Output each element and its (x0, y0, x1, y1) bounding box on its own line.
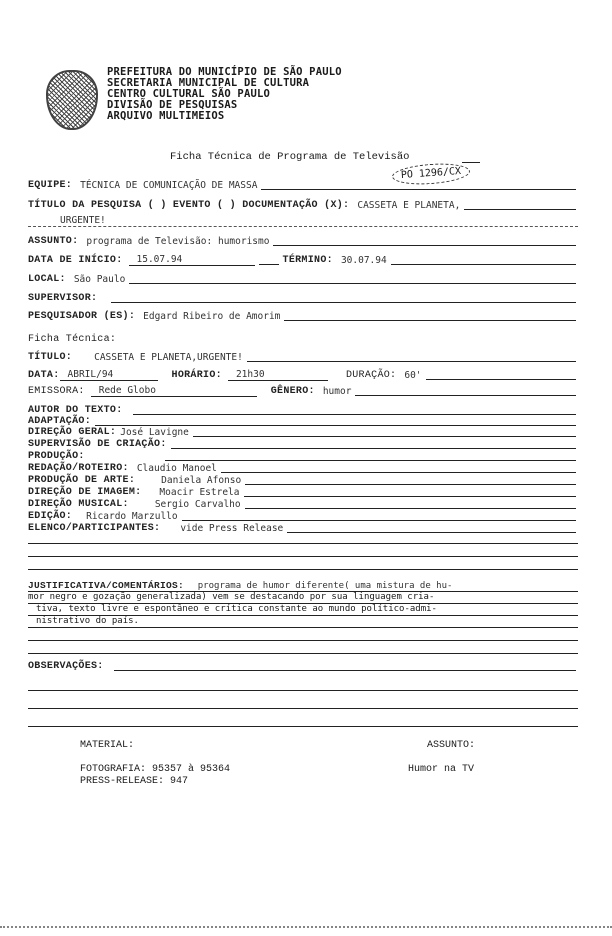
assunto-value: Humor na TV (408, 764, 474, 775)
blank-line (28, 569, 578, 570)
field-value: 21h30 (228, 369, 328, 381)
field-value: programa de humor diferente( uma mistura… (190, 581, 453, 591)
field-pesquisador: PESQUISADOR (ES): Edgard Ribeiro de Amor… (28, 308, 576, 322)
blank-line (28, 653, 578, 654)
field-value: humor (315, 386, 352, 397)
field-label: SUPERVISOR: (28, 293, 97, 304)
ficha-heading-row: Ficha Técnica: (28, 331, 576, 345)
section-heading: Ficha Técnica: (28, 334, 116, 345)
field-line (129, 282, 576, 284)
material-label: MATERIAL: (80, 740, 134, 751)
field-titulo-pesquisa-cont: URGENTE! (60, 212, 576, 226)
field-label: ELENCO/PARTICIPANTES: (28, 523, 160, 534)
institution-header: PREFEITURA DO MUNICÍPIO DE SÃO PAULO SEC… (107, 67, 342, 122)
fotografia-range: FOTOGRAFIA: 95357 à 95364 (80, 764, 230, 775)
justificativa-line: nistrativo do país. (28, 616, 578, 628)
field-line (391, 263, 576, 265)
field-value: URGENTE! (60, 215, 106, 226)
press-release-number: PRESS-RELEASE: 947 (80, 776, 188, 787)
justificativa-line: tiva, texto livre e espontâneo e crítica… (28, 604, 578, 616)
field-value: 15.07.94 (129, 254, 255, 266)
field-value: São Paulo (66, 274, 125, 285)
field-line (259, 263, 279, 265)
field-label: DATA DE INÍCIO: (28, 255, 123, 266)
assunto-label: ASSUNTO: (427, 740, 475, 751)
field-assunto: ASSUNTO: programa de Televisão: humorism… (28, 233, 576, 247)
field-label: PESQUISADOR (ES): (28, 311, 135, 322)
form-title: Ficha Técnica de Programa de Televisão (170, 151, 409, 163)
field-value: CASSETA E PLANETA,URGENTE! (72, 352, 243, 363)
field-line (426, 378, 576, 380)
field-line (273, 244, 576, 246)
blank-line (28, 543, 578, 544)
field-label: EQUIPE: (28, 180, 72, 191)
field-titulo: TÍTULO: CASSETA E PLANETA,URGENTE! (28, 349, 576, 363)
field-label: TÍTULO DA PESQUISA ( ) EVENTO ( ) DOCUME… (28, 200, 349, 211)
field-value: programa de Televisão: humorismo (78, 236, 269, 247)
field-emissora-genero: EMISSORA: Rede Globo GÊNERO: humor (28, 383, 576, 397)
field-observacoes: OBSERVAÇÕES: (28, 658, 576, 672)
field-equipe: EQUIPE: TÉCNICA DE COMUNICAÇÃO DE MASSA (28, 177, 576, 191)
justificativa-block: JUSTIFICATIVA/COMENTÁRIOS: programa de h… (28, 580, 578, 628)
field-value: Rede Globo (91, 385, 257, 397)
scan-edge-noise (0, 926, 612, 930)
field-line (111, 301, 576, 303)
blank-line (28, 556, 578, 557)
field-titulo-pesquisa: TÍTULO DA PESQUISA ( ) EVENTO ( ) DOCUME… (28, 197, 576, 211)
blank-line (28, 640, 578, 641)
field-value: CASSETA E PLANETA, (349, 200, 460, 211)
title-underline (462, 162, 480, 163)
field-data-horario-duracao: DATA: ABRIL/94 HORÁRIO: 21h30 DURAÇÃO: 6… (28, 367, 576, 381)
field-label: DATA: (28, 370, 60, 381)
field-supervisor: SUPERVISOR: (28, 290, 576, 304)
field-value: 60' (396, 370, 421, 381)
header-line: ARQUIVO MULTIMEIOS (107, 111, 342, 122)
field-label: TÍTULO: (28, 352, 72, 363)
justificativa-line: JUSTIFICATIVA/COMENTÁRIOS: programa de h… (28, 580, 578, 592)
field-label: JUSTIFICATIVA/COMENTÁRIOS: (28, 580, 184, 591)
field-datas: DATA DE INÍCIO: 15.07.94 TÉRMINO: 30.07.… (28, 252, 576, 266)
field-line (464, 208, 576, 210)
field-value: TÉCNICA DE COMUNICAÇÃO DE MASSA (72, 180, 257, 191)
field-value: Edgard Ribeiro de Amorim (135, 311, 280, 322)
blank-line (28, 690, 578, 691)
field-line (247, 360, 576, 362)
field-local: LOCAL: São Paulo (28, 271, 576, 285)
field-label: OBSERVAÇÕES: (28, 661, 104, 672)
field-line (355, 394, 576, 396)
field-label: TÉRMINO: (283, 255, 333, 266)
city-coat-of-arms-logo (46, 70, 98, 130)
field-value: 30.07.94 (333, 255, 387, 266)
field-line (287, 531, 576, 533)
field-line (261, 188, 576, 190)
blank-line (28, 726, 578, 727)
field-value: ABRIL/94 (60, 369, 158, 381)
field-label: ASSUNTO: (28, 236, 78, 247)
field-value: vide Press Release (160, 523, 283, 534)
field-elenco: ELENCO/PARTICIPANTES: vide Press Release (28, 520, 576, 534)
field-label: GÊNERO: (271, 386, 315, 397)
field-line (284, 319, 576, 321)
blank-line (28, 708, 578, 709)
field-label: LOCAL: (28, 274, 66, 285)
field-label: HORÁRIO: (172, 370, 222, 381)
field-label: EMISSORA: (28, 386, 85, 397)
justificativa-line: mor negro e gozação generalizada) vem se… (28, 592, 578, 604)
field-label: DURAÇÃO: (346, 370, 396, 381)
separator-line (28, 226, 578, 227)
field-line (114, 669, 576, 671)
